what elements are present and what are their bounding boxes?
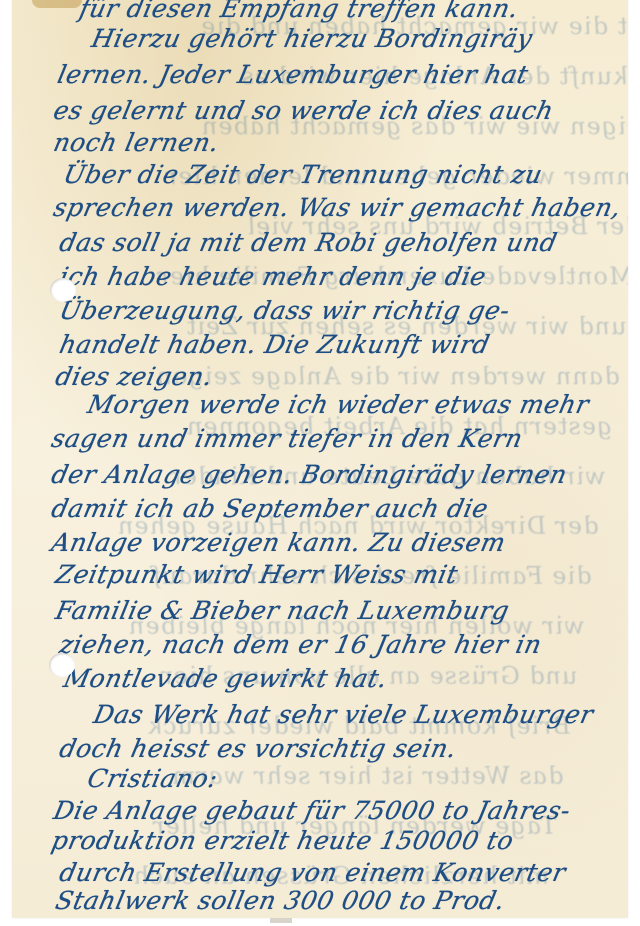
text-line: Stahlwerk sollen 300 000 to Prod. <box>53 886 508 915</box>
punch-hole <box>49 653 75 677</box>
text-line: der Anlage gehen. Bordingirädy lernen <box>49 460 570 489</box>
text-line: ziehen, nach dem er 16 Jahre hier in <box>57 630 545 659</box>
scan-edge-mark <box>270 918 292 923</box>
text-line: Cristiano: <box>85 764 221 793</box>
text-line: Überzeugung, dass wir richtig ge- <box>57 296 513 325</box>
text-line: noch lernen. <box>51 128 222 157</box>
text-line: durch Erstellung von einem Konverter <box>57 858 569 887</box>
text-line: Die Anlage gebaut für 75000 to Jahres- <box>51 796 573 825</box>
text-line: es gelernt und so werde ich dies auch <box>51 96 556 125</box>
text-line: Zeitpunkt wird Herr Weiss mit <box>53 560 461 589</box>
text-line: sprechen werden. Was wir gemacht haben, <box>51 193 624 222</box>
text-line: Hierzu gehört hierzu Bordingiräy <box>89 24 535 53</box>
text-line: Anlage vorzeigen kann. Zu diesem <box>49 528 509 557</box>
text-line: damit ich ab September auch die <box>49 494 491 523</box>
text-line: Das Werk hat sehr viele Luxemburger <box>91 700 596 729</box>
text-line: Über die Zeit der Trennung nicht zu <box>61 160 545 189</box>
text-line: lernen. Jeder Luxemburger hier hat <box>55 60 531 89</box>
handwritten-text: für diesen Empfang treffen kann. Hierzu … <box>12 0 628 918</box>
text-line: für diesen Empfang treffen kann. <box>77 0 521 23</box>
text-line: das soll ja mit dem Robi geholfen und <box>57 228 560 257</box>
punch-hole <box>50 278 76 302</box>
text-line: Montlevade gewirkt hat. <box>61 664 390 693</box>
letter-page: Zeit die wir gemacht haben und dieZukunf… <box>12 0 628 918</box>
text-line: handelt haben. Die Zukunft wird <box>57 330 493 359</box>
text-line: Morgen werde ich wieder etwas mehr <box>85 390 592 419</box>
text-line: dies zeigen. <box>53 362 216 391</box>
text-line: Familie & Bieber nach Luxemburg <box>53 596 512 625</box>
text-line: sagen und immer tiefer in den Kern <box>49 424 526 453</box>
text-line: ich habe heute mehr denn je die <box>57 262 489 291</box>
text-line: produktion erzielt heute 150000 to <box>49 826 517 855</box>
text-line: doch heisst es vorsichtig sein. <box>57 734 460 763</box>
